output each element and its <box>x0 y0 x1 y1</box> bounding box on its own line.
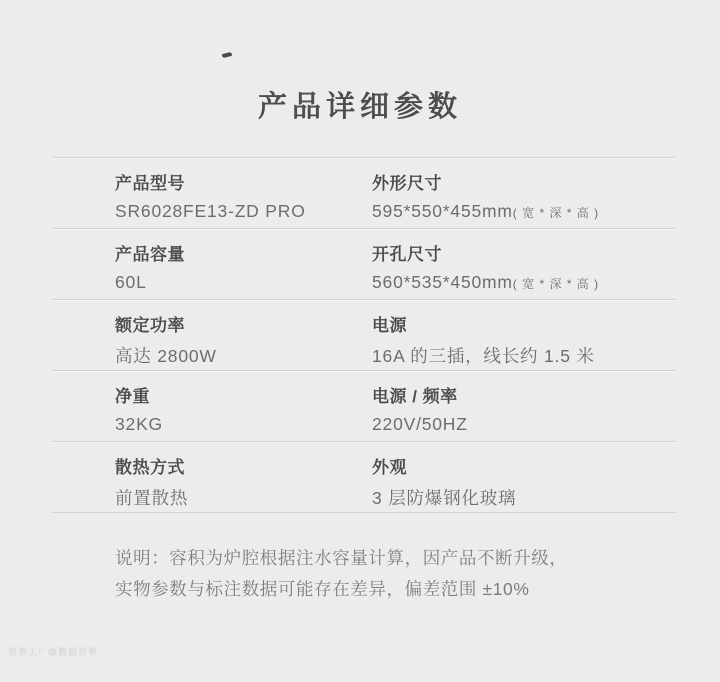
spec-cell-net-weight: 净重 32KG <box>52 371 372 441</box>
spec-value: 前置散热 <box>115 485 372 510</box>
spec-cell-rated-power: 额定功率 高达 2800W <box>52 300 372 370</box>
spec-value: 60L <box>115 272 372 293</box>
spec-value: SR6028FE13-ZD PRO <box>115 201 372 222</box>
disclaimer-line-1: 说明：容积为炉腔根据注水容量计算，因产品不断升级， <box>115 543 655 574</box>
spec-cell-cooling-method: 散热方式 前置散热 <box>52 442 372 512</box>
spec-table: 产品型号 SR6028FE13-ZD PRO 外形尺寸 595*550*455m… <box>52 157 676 513</box>
spec-cell-cutout-dimensions: 开孔尺寸 560*535*450mm( 宽 * 深 * 高 ) <box>372 229 676 299</box>
spec-cell-voltage-frequency: 电源 / 频率 220V/50HZ <box>372 371 676 441</box>
table-row: 净重 32KG 电源 / 频率 220V/50HZ <box>52 370 676 441</box>
table-row: 产品型号 SR6028FE13-ZD PRO 外形尺寸 595*550*455m… <box>52 157 676 228</box>
spec-label: 电源 / 频率 <box>372 382 676 407</box>
spec-cell-capacity: 产品容量 60L <box>52 229 372 299</box>
spec-value-unit-note: ( 宽 * 深 * 高 ) <box>513 277 599 291</box>
spec-value-main: 560*535*450mm <box>372 272 513 292</box>
disclaimer-note: 说明：容积为炉腔根据注水容量计算，因产品不断升级， 实物参数与标注数据可能存在差… <box>115 543 655 605</box>
spec-value-unit-note: ( 宽 * 深 * 高 ) <box>513 206 599 220</box>
spec-cell-appearance: 外观 3 层防爆钢化玻璃 <box>372 442 676 512</box>
spec-value: 16A 的三插，线长约 1.5 米 <box>372 343 676 368</box>
spec-label: 外观 <box>372 453 676 478</box>
spec-value: 560*535*450mm( 宽 * 深 * 高 ) <box>372 272 676 293</box>
spec-label: 外形尺寸 <box>372 169 676 194</box>
page-title: 产品详细参数 <box>0 84 720 125</box>
spec-value: 高达 2800W <box>115 343 372 368</box>
spec-value: 220V/50HZ <box>372 414 676 435</box>
spec-value: 595*550*455mm( 宽 * 深 * 高 ) <box>372 201 676 222</box>
spec-value: 3 层防爆钢化玻璃 <box>372 485 676 510</box>
spec-value: 32KG <box>115 414 372 435</box>
disclaimer-line-2: 实物参数与标注数据可能存在差异，偏差范围 ±10% <box>115 574 655 605</box>
watermark: 世界工厂@数据世界 <box>8 645 98 658</box>
spec-label: 净重 <box>115 382 372 407</box>
spec-cell-outer-dimensions: 外形尺寸 595*550*455mm( 宽 * 深 * 高 ) <box>372 158 676 228</box>
spec-cell-product-model: 产品型号 SR6028FE13-ZD PRO <box>52 158 372 228</box>
image-artifact-speck <box>222 52 233 58</box>
spec-label: 额定功率 <box>115 311 372 336</box>
spec-label: 产品容量 <box>115 240 372 265</box>
spec-label: 开孔尺寸 <box>372 240 676 265</box>
spec-cell-power-plug: 电源 16A 的三插，线长约 1.5 米 <box>372 300 676 370</box>
spec-label: 电源 <box>372 311 676 336</box>
table-row: 散热方式 前置散热 外观 3 层防爆钢化玻璃 <box>52 441 676 512</box>
spec-label: 产品型号 <box>115 169 372 194</box>
table-row: 额定功率 高达 2800W 电源 16A 的三插，线长约 1.5 米 <box>52 299 676 370</box>
table-row: 产品容量 60L 开孔尺寸 560*535*450mm( 宽 * 深 * 高 ) <box>52 228 676 299</box>
spec-label: 散热方式 <box>115 453 372 478</box>
spec-value-main: 595*550*455mm <box>372 201 513 221</box>
